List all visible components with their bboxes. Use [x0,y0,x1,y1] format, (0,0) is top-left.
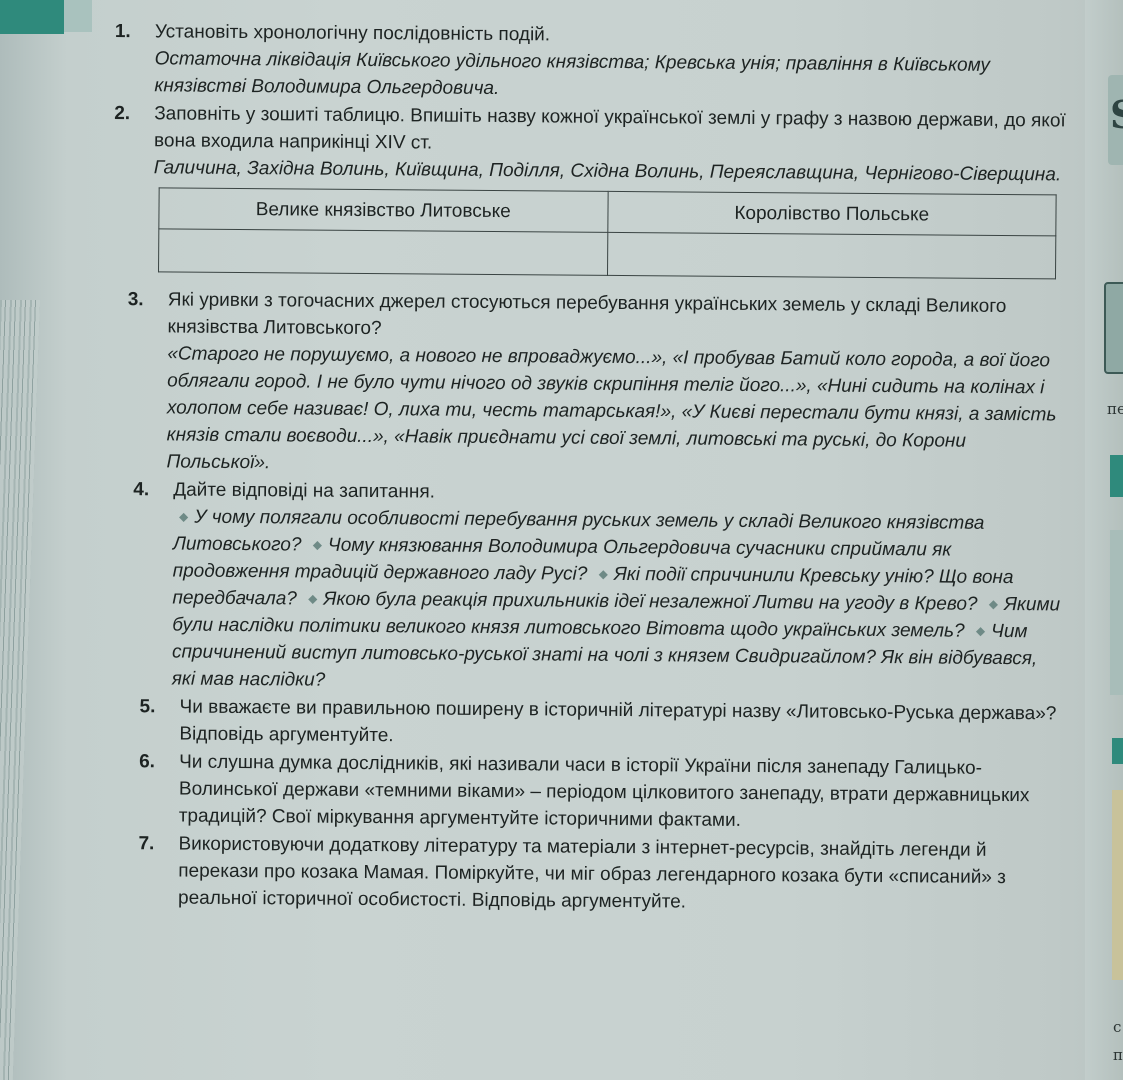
task-question: Які уривки з тогочасних джерел стосуютьс… [167,286,1067,347]
task-number: 1. [115,18,147,45]
next-page-letter-2: п [1113,1046,1123,1064]
chapter-color-tab-light [64,0,92,32]
subquestion: Якою була реакція прихильників ідеї неза… [323,589,977,615]
next-page-glyph-icon: S [1110,92,1123,137]
task-5: 5. Чи вважаєте ви правильною поширену в … [139,693,1064,754]
task-question: Чи вважаєте ви правильною поширену в іст… [179,694,1064,755]
task-7: 7. Використовуючи додаткову літературу т… [138,830,1064,918]
task-6: 6. Чи слушна думка дослідників, які нази… [139,748,1065,836]
task-question: Чи слушна думка дослідників, які називал… [179,749,1065,837]
next-page-yellow-box [1112,790,1123,980]
next-page-letter-1: с [1113,1018,1121,1036]
exercise-list: 1. Установіть хронологічну послідовність… [108,18,1070,919]
next-page-word-fragment: пер [1107,400,1123,418]
next-page-icon-box-2 [1104,282,1123,374]
task-number: 7. [138,830,170,857]
task-items: «Старого не порушуємо, а нового не впров… [166,340,1067,482]
page-stack-edges [0,300,40,1080]
next-page-teal-bar-2 [1112,738,1123,764]
diamond-bullet-icon: ◆ [308,592,317,606]
diamond-bullet-icon: ◆ [179,510,188,524]
task-number: 5. [139,693,171,720]
table-cell-poland [607,232,1056,279]
table-cell-lithuania [159,229,608,276]
task-items: Остаточна ліквідація Київського удільног… [154,45,1069,106]
task-number: 6. [139,748,171,775]
task-2: 2. Заповніть у зошиті таблицю. Впишіть н… [113,100,1069,279]
task-question: Використовуючи додаткову літературу та м… [178,831,1064,919]
table-row [159,229,1056,279]
task-3: 3. Які уривки з тогочасних джерел стосую… [126,286,1067,482]
task-subquestions: ◆У чому полягали особливості перебування… [172,503,1066,699]
diamond-bullet-icon: ◆ [976,624,985,638]
diamond-bullet-icon: ◆ [599,567,608,581]
task-1: 1. Установіть хронологічну послідовність… [114,18,1070,106]
task-number: 2. [114,100,146,127]
table-header-row: Велике князівство Литовське Королівство … [159,188,1056,236]
chapter-color-tab [0,0,64,34]
lands-table: Велике князівство Литовське Королівство … [158,187,1057,279]
table-header-lithuania: Велике князівство Литовське [159,188,608,233]
diamond-bullet-icon: ◆ [313,538,322,552]
task-number: 3. [128,286,160,313]
next-page-teal-bar [1110,455,1123,497]
task-items: Галичина, Західна Волинь, Київщина, Поді… [154,154,1069,188]
next-page-list-box [1110,530,1123,695]
diamond-bullet-icon: ◆ [989,597,998,611]
table-header-poland: Королівство Польське [607,191,1056,236]
task-number: 4. [133,476,165,503]
task-4: 4. Дайте відповіді на запитання. ◆У чому… [132,476,1067,699]
task-question: Заповніть у зошиті таблицю. Впишіть назв… [154,100,1069,161]
